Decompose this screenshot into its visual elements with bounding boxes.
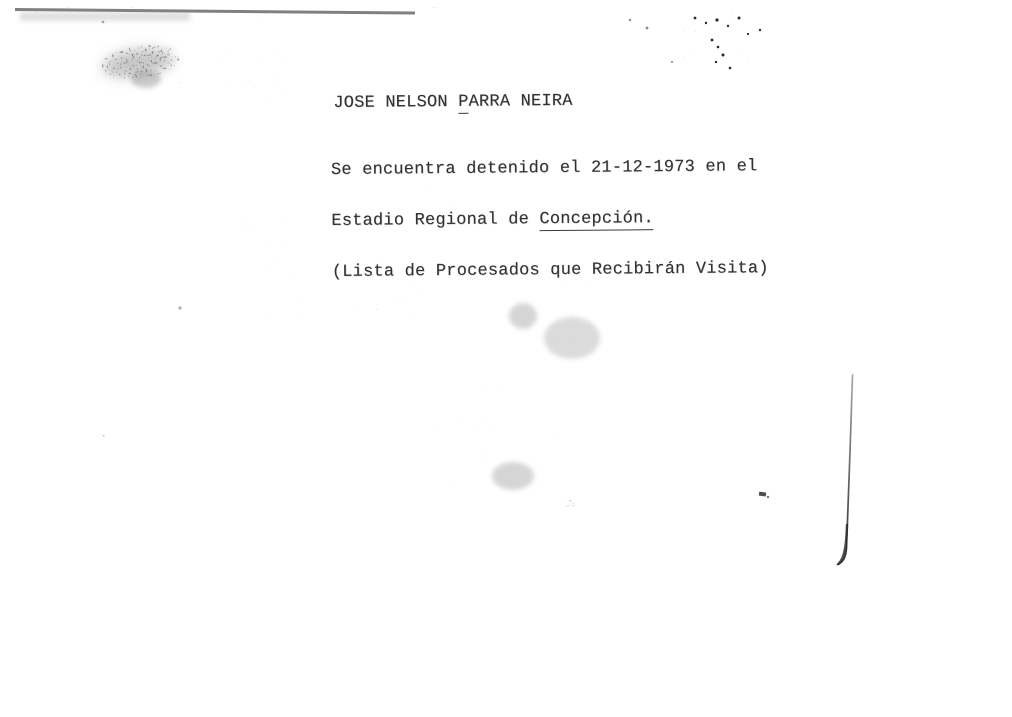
- scratch-line-right: [838, 375, 853, 565]
- place-segment-pre: Estadio Regional de: [331, 210, 539, 231]
- scanned-document-page: JOSE NELSON PARRA NEIRA Se encuentra det…: [0, 0, 1012, 717]
- name-segment-pre: JOSE NELSON: [333, 93, 458, 113]
- detention-place-line: Estadio Regional de Concepción.: [331, 209, 768, 230]
- name-segment-post: ARRA NEIRA: [469, 92, 573, 112]
- typed-text-block: JOSE NELSON PARRA NEIRA Se encuentra det…: [330, 57, 769, 315]
- place-segment-underlined: Concepción.: [539, 209, 654, 230]
- source-list-line: (Lista de Procesados que Recibirán Visit…: [332, 260, 769, 281]
- scan-top-edge-line: [15, 7, 648, 29]
- smudge-stain-top-left: [82, 30, 301, 117]
- detainee-name-line: JOSE NELSON PARRA NEIRA: [330, 91, 767, 112]
- name-segment-underlined: P: [458, 93, 469, 114]
- detention-date-line: Se encuentra detenido el 21-12-1973 en e…: [331, 158, 768, 179]
- dust-specks: [99, 306, 769, 508]
- smudge-stain-lower-center: [380, 400, 580, 514]
